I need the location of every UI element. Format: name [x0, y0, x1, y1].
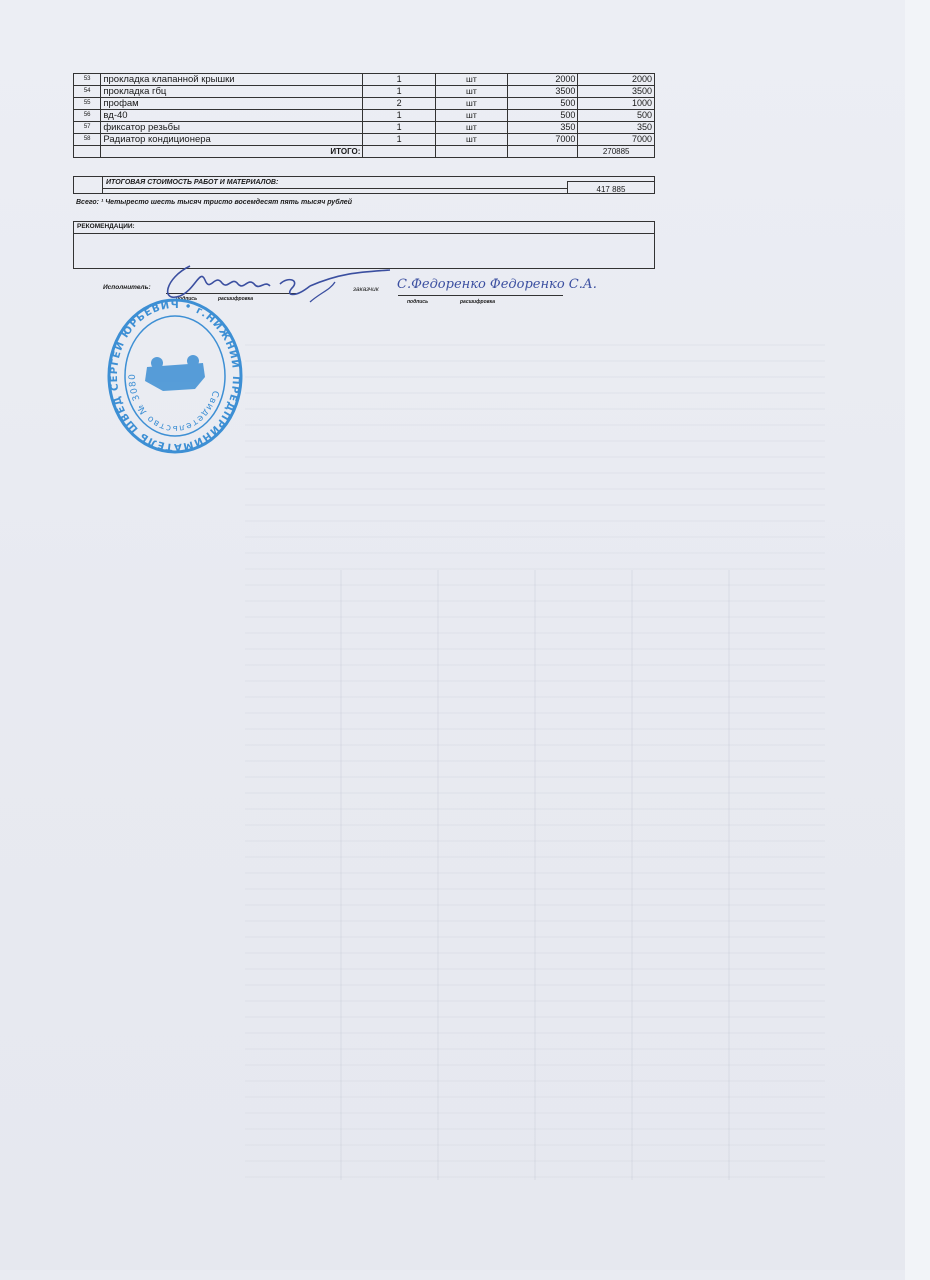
svg-text:С.Федоренко Федоренко С.А.: С.Федоренко Федоренко С.А.	[397, 277, 597, 292]
grand-total-row: ИТОГОВАЯ СТОИМОСТЬ РАБОТ И МАТЕРИАЛОВ: 4…	[73, 176, 655, 194]
recommendations-label: РЕКОМЕНДАЦИИ:	[74, 222, 654, 234]
grand-total-label: ИТОГОВАЯ СТОИМОСТЬ РАБОТ И МАТЕРИАЛОВ:	[103, 177, 567, 189]
customer-decode-caption: расшифровка	[460, 299, 495, 305]
cell-unit: шт	[435, 122, 507, 134]
cell-qty: 1	[363, 110, 436, 122]
cell-unit: шт	[435, 74, 507, 86]
page-edge	[905, 0, 930, 1280]
cell-name: прокладка гбц	[101, 86, 363, 98]
cell-unit: шт	[435, 110, 507, 122]
cell-qty: 1	[363, 74, 436, 86]
table-row: 58Радиатор кондиционера1шт70007000	[74, 134, 655, 146]
cell-name: вд-40	[101, 110, 363, 122]
cell-qty: 1	[363, 134, 436, 146]
cell-qty: 1	[363, 122, 436, 134]
table-row: 54прокладка гбц1шт35003500	[74, 86, 655, 98]
executor-label: Исполнитель:	[103, 284, 151, 291]
cell-name: фиксатор резьбы	[101, 122, 363, 134]
cell-num: 55	[74, 98, 101, 110]
cell-price: 350	[507, 122, 577, 134]
subtotal-row: ИТОГО: 270885	[74, 146, 655, 158]
cell-sum: 7000	[578, 134, 655, 146]
cell-unit: шт	[435, 134, 507, 146]
table-row: 56вд-401шт500500	[74, 110, 655, 122]
cell-price: 500	[507, 98, 577, 110]
recommendations-text	[74, 234, 654, 238]
cell-qty: 2	[363, 98, 436, 110]
cell-unit: шт	[435, 98, 507, 110]
cell-name: профам	[101, 98, 363, 110]
cell-unit: шт	[435, 86, 507, 98]
cell-num: 57	[74, 122, 101, 134]
company-stamp: ПРЕДПРИНИМАТЕЛЬ ШВЕД СЕРГЕЙ ЮРЬЕВИЧ • г.…	[107, 297, 243, 455]
grand-total-value: 417 885	[567, 181, 654, 194]
cell-sum: 350	[578, 122, 655, 134]
cell-num: 56	[74, 110, 101, 122]
cell-sum: 500	[578, 110, 655, 122]
total-in-words: Всего: ¹ Четыресто шесть тысяч тристо во…	[76, 199, 352, 206]
cell-price: 7000	[507, 134, 577, 146]
customer-sign-caption: подпись	[407, 299, 428, 305]
cell-sum: 2000	[578, 74, 655, 86]
bleed-through-columns	[245, 570, 825, 1180]
cell-name: Радиатор кондиционера	[101, 134, 363, 146]
cell-num: 58	[74, 134, 101, 146]
subtotal-label: ИТОГО:	[101, 146, 363, 158]
cell-price: 500	[507, 110, 577, 122]
cell-price: 3500	[507, 86, 577, 98]
cell-price: 2000	[507, 74, 577, 86]
cell-sum: 3500	[578, 86, 655, 98]
cell-qty: 1	[363, 86, 436, 98]
customer-signature: С.Федоренко Федоренко С.А.	[395, 270, 615, 298]
materials-table: 53прокладка клапанной крышки1шт200020005…	[73, 73, 655, 158]
subtotal-value: 270885	[578, 146, 655, 158]
cell-num: 53	[74, 74, 101, 86]
cell-num: 54	[74, 86, 101, 98]
table-row: 53прокладка клапанной крышки1шт20002000	[74, 74, 655, 86]
table-row: 57фиксатор резьбы1шт350350	[74, 122, 655, 134]
table-row: 55профам2шт5001000	[74, 98, 655, 110]
cell-sum: 1000	[578, 98, 655, 110]
cell-name: прокладка клапанной крышки	[101, 74, 363, 86]
